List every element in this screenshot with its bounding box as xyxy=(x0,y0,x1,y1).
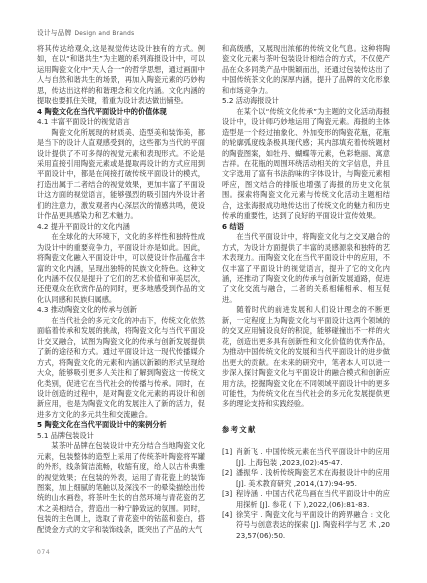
paragraph: 随着时代的前进发展和人们设计理念的不断更新，一定程度上为陶瓷文化与平面设计这两个… xyxy=(222,305,390,410)
references-heading: 参考文献 xyxy=(222,425,390,435)
reference-text: 徐笑宇 . 陶瓷文化与平面设计的跨界融合 : 文化符号与创意表达的探索 [J].… xyxy=(236,510,390,540)
paragraph: 在当代社会的多元文化的冲击下，传统文化依然面临着传承和发展的挑战，将陶瓷文化与当… xyxy=(37,316,205,421)
reference-text: 程诗涵 . 中国古代花鸟画在当代平面设计中的应用探析 [J]. 参花 ( 下 )… xyxy=(236,489,390,508)
subsection-heading: 5.1 品牌包装设计 xyxy=(37,431,205,441)
section-heading: 4 陶瓷文化在当代平面设计中的价值体现 xyxy=(37,107,205,117)
subsection-heading: 4.3 推动陶瓷文化的传承与创新 xyxy=(37,305,205,315)
reference-label: [1] xyxy=(222,447,232,457)
reference-item: [1]肖新飞 . 中国传统元素在当代平面设计中的应用 [J]. 上海包装 ,20… xyxy=(222,447,390,468)
subsection-heading: 5.2 活动海报设计 xyxy=(222,96,390,106)
subsection-heading: 4.2 提升平面设计的文化内涵 xyxy=(37,222,205,232)
left-text-column: 将其传达给观众,这是视觉传达设计独有的方式。例如，在以“和谐共生”为主题的系列海… xyxy=(37,44,205,535)
journal-title-cn: 设计与品牌 xyxy=(37,29,71,37)
reference-text: 肖新飞 . 中国传统元素在当代平面设计中的应用 [J]. 上海包装 ,2023,… xyxy=(236,447,390,466)
paragraph: 某茶叶品牌在包装设计中充分结合当地陶瓷文化元素，包装整体的造型上采用了传统茶叶陶… xyxy=(37,441,205,535)
running-header: 设计与品牌Design and Brands xyxy=(37,27,134,37)
paragraph-continuation: 将其传达给观众,这是视觉传达设计独有的方式。例如，在以“和谐共生”为主题的系列海… xyxy=(37,44,205,107)
journal-title-en: Design and Brands xyxy=(74,31,134,37)
subsection-heading: 4.1 丰富平面设计的视觉语言 xyxy=(37,117,205,127)
paragraph: 在某个以“传统文化传承”为主题的文化活动海报设计中，设计师巧妙地运用了陶瓷元素。… xyxy=(222,107,390,222)
reference-item: [2]潘振华 . 浅析传统陶瓷艺术在海报设计中的应用 [J]. 美术教育研究 ,… xyxy=(222,468,390,489)
page-number: 074 xyxy=(37,549,50,556)
reference-label: [2] xyxy=(222,468,232,478)
paragraph: 在当代平面设计中，将陶瓷文化与之交叉融合的方式，为设计方面提供了丰富的灵感源泉和… xyxy=(222,232,390,305)
paragraph: 陶瓷文化所展现的材质美、造型美和装饰美，都是当下的设计人直观感受到的，这些都为当… xyxy=(37,128,205,222)
reference-item: [4]徐笑宇 . 陶瓷文化与平面设计的跨界融合 : 文化符号与创意表达的探索 [… xyxy=(222,510,390,541)
section-heading: 5 陶瓷文化在当代平面设计中的案例分析 xyxy=(37,420,205,430)
paragraph-continuation: 和高级感，又展现出浓郁的传统文化气息。这种将陶瓷文化元素与茶叶包装设计相结合的方… xyxy=(222,44,390,96)
section-heading: 6 结语 xyxy=(222,222,390,232)
reference-item: [3]程诗涵 . 中国古代花鸟画在当代平面设计中的应用探析 [J]. 参花 ( … xyxy=(222,489,390,510)
paper-page: 设计与品牌Design and Brands 将其传达给观众,这是视觉传达设计独… xyxy=(0,0,427,583)
paragraph: 在全球化的大环境下，文化的多样性和独特性成为设计中的重要竞争力，平面设计亦是如此… xyxy=(37,232,205,305)
reference-label: [3] xyxy=(222,489,232,499)
reference-label: [4] xyxy=(222,510,232,520)
right-text-column: 和高级感，又展现出浓郁的传统文化气息。这种将陶瓷文化元素与茶叶包装设计相结合的方… xyxy=(222,44,390,541)
reference-text: 潘振华 . 浅析传统陶瓷艺术在海报设计中的应用 [J]. 美术教育研究 ,201… xyxy=(236,468,390,487)
